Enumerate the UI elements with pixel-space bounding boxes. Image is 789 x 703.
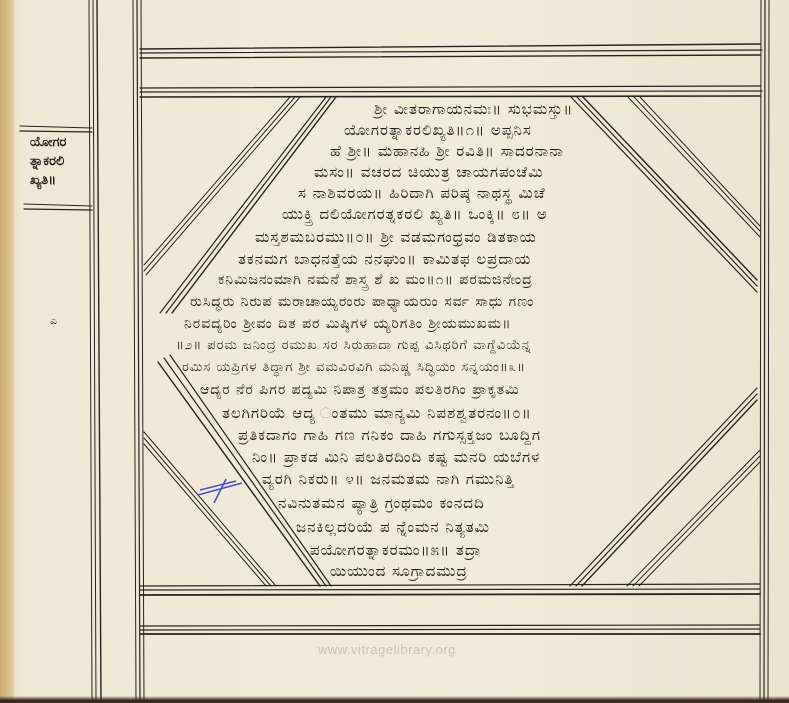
text-line: ಯೋಗರತ್ನಾಕರಲಿಖ್ಯತಿ॥೧॥ ಅಪ್ಪನಿಸ (344, 121, 532, 139)
watermark: www.vitragelibrary.org (318, 642, 456, 657)
page-bottom-edge (0, 696, 789, 703)
text-line: ಸ ನಾಶಿವರಯ॥ ಹಿರಿದಾಗಿ ಪರಿಷ್ಠ ನಾಥಸ್ಥ ಮಿಚೆ (298, 184, 546, 202)
text-line: ರುಸಿದ್ಧರು ನಿರುಪ ಮರಾಚಾಯ್ಯರಂರು ಪಾಧ್ಯಾಯರುಂ … (190, 294, 534, 310)
blue-pen-mark (196, 475, 246, 505)
text-line: ಯುಕ್ತ್ರಿ ದಲಿಯೋಗರತ್ನಕರಲಿ ಖ್ಯತಿ॥ ಒಂಕ್ಕಿ॥ ೮… (282, 205, 548, 223)
text-line: ಮಸಂ॥ ವಚರದ ಚಿಯುತ್ರ ಚಾಯಗಪಂಚೆಮಿ (314, 163, 544, 181)
text-line: ಮಸ್ತಶಮಬರಮು॥೦॥ ಶ್ರೀ ವಡಮಗಂಧ್ರವಂ ಡಿತಕಾಯ (255, 228, 537, 246)
text-line: ವ್ಯರಗಿ ನಿಕರು॥ ೪॥ ಜನಮತಮ ನಾಗಿ ಗಮುನಿತ್ತಿ (262, 470, 515, 488)
text-line: ಪಯೋಗರತ್ನಾಕರಮಂ॥೫॥ ತದ್ರಾ (310, 541, 482, 559)
text-line: ಯಿಯುಂದ ಸೂಗ್ರಾದಮುದ್ರ (330, 562, 468, 580)
text-line: ॥೨॥ ಪರಮ ಜನಿಂದ್ರ ರಮುಖ ಸರ ಸಿರುಹಾದಾ ಗುಪ್ಪ ವ… (176, 338, 532, 353)
text-line: ರಮಿಸ ಯಪ್ರಿಗಳ ತಿದ್ಧಾಗ ಶ್ರೀ ವಮವಿರವಿಗಿ ಮನಿಷ… (182, 360, 526, 375)
text-line: ತಲಗಿಗರಿಯೆ ಆದ್ಯ ಂತಮು ಮಾನ್ಯಮಿ ನಿಪಶಶ್ವತರನಂ॥… (222, 404, 532, 422)
text-line: ತಕನಮಗ ಬಾಧನತ್ತೆಯ ನನಘುಂ॥ ಕಾಮಿತಫ ಲಪ್ರದಾಯ (238, 250, 531, 268)
text-line: ಕನಿಮಿಜನಂಮಾಗಿ ನಮನೆ ಶಾಸ್ತ್ರ ಶೆ ಖ ಮಂ॥೧॥ ಪರಮ… (218, 272, 533, 288)
manuscript-text-block: ಶ್ರೀ ವೀತರಾಗಾಯನಮಃ॥ ಸುಭಮಸ್ತು॥ ಯೋಗರತ್ನಾಕರಲಿ… (0, 0, 789, 703)
text-line: ನವಿನುತಮನ ಪ್ಯಾತ್ರಿ ಗ್ರಂಥಮಂ ಕಂನದದಿ (278, 494, 485, 512)
text-line: ನಿರವದ್ಯರಿಂ ಶ್ರೀವಂ ದಿತ ಪರ ಮಿಷ್ಠಿಗಳ ಯ್ಯರಿಗ… (184, 316, 512, 332)
text-line: ಜನಕಿಲ್ಲದರಿಯೆ ಪ ನ್ನೆಂಮನ ನಿತ್ಯತಮಿ (296, 518, 490, 536)
text-line: ನಿಂ॥ ಪ್ರಾಕಡ ಮಿನಿ ಪಲತಿರದಿಂದಿ ಕಷ್ಟ ಮನರಿ ಯಬ… (252, 448, 540, 466)
text-line: ಪ್ರತಿಕದಾಗಂ ಗಾಹಿ ಗಣ ಗನಿಕಂ ದಾಹಿ ಗಗುಸ್ಸಕ್ತಜ… (238, 426, 541, 444)
text-line: ಶ್ರೀ ವೀತರಾಗಾಯನಮಃ॥ ಸುಭಮಸ್ತು॥ (374, 100, 573, 118)
text-line: ಆದ್ಯರ ನೆರ ಪಿಗರ ಪದ್ಯಮಿ ನಿಪಾತ್ರ ತತ್ರಮಂ ಪಲತ… (200, 382, 519, 398)
text-line: ಹೆ ಶ್ರೀ॥ ಮಹಾನಹಿ ಶ್ರೀ ರವಿತಿ॥ ಸಾದರನಾನಾ (330, 142, 564, 160)
